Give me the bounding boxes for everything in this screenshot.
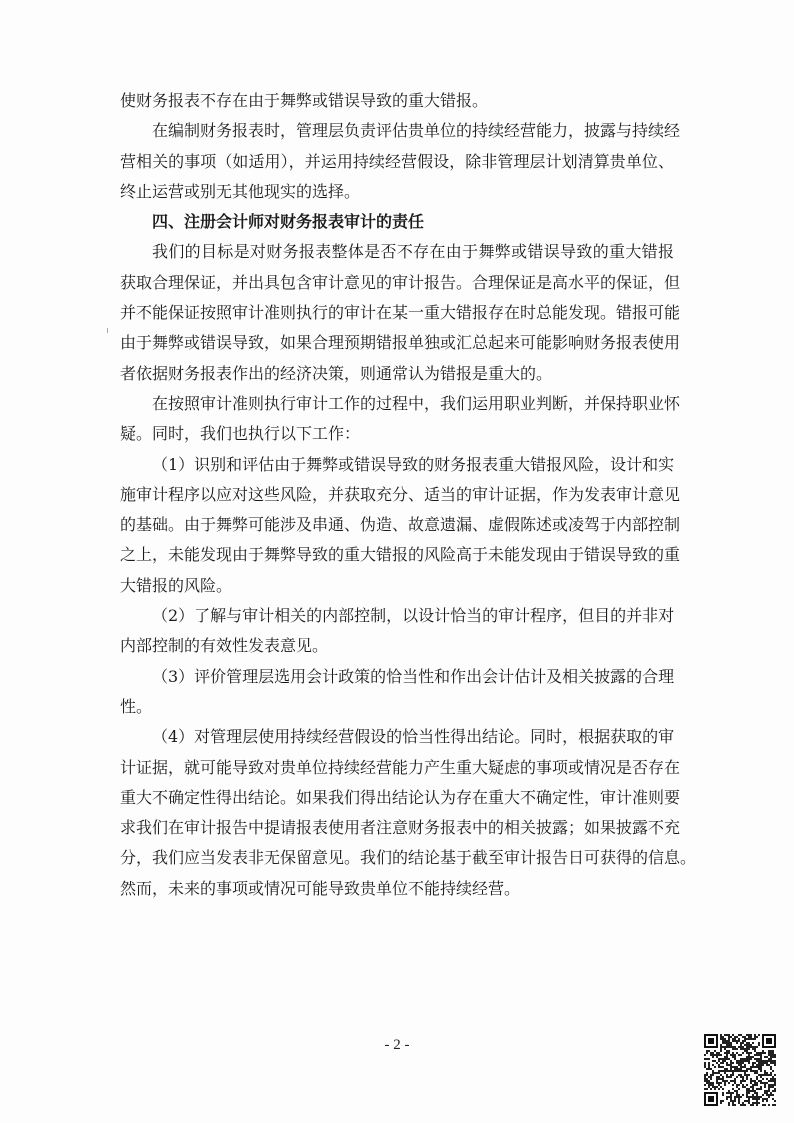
paragraph-line: 性。 [120,692,674,722]
paragraph-line: 的基础。由于舞弊可能涉及串通、伪造、故意遗漏、虚假陈述或凌驾于内部控制 [120,510,674,540]
paragraph-line: 计证据，就可能导致对贵单位持续经营能力产生重大疑虑的事项或情况是否存在 [120,753,674,783]
paragraph-line: 我们的目标是对财务报表整体是否不存在由于舞弊或错误导致的重大错报 [120,237,674,267]
paragraph-line: 疑。同时，我们也执行以下工作： [120,419,674,449]
paragraph-line: 大错报的风险。 [120,571,674,601]
paragraph-line: 分，我们应当发表非无保留意见。我们的结论基于截至审计报告日可获得的信息。 [120,843,674,873]
paragraph-line: 并不能保证按照审计准则执行的审计在某一重大错报存在时总能发现。错报可能 [120,298,674,328]
paragraph-line: 者依据财务报表作出的经济决策，则通常认为错报是重大的。 [120,359,674,389]
document-page: 使财务报表不存在由于舞弊或错误导致的重大错报。在编制财务报表时，管理层负责评估贵… [0,0,794,1123]
page-number: - 2 - [380,1037,414,1054]
paragraph-line: 内部控制的有效性发表意见。 [120,631,674,661]
paragraph-line: 然而，未来的事项或情况可能导致贵单位不能持续经营。 [120,874,674,904]
paragraph-line: 之上，未能发现由于舞弊导致的重大错报的风险高于未能发现由于错误导致的重 [120,540,674,570]
paragraph-line: （2）了解与审计相关的内部控制，以设计恰当的审计程序，但目的并非对 [120,601,674,631]
paragraph-line: 在按照审计准则执行审计工作的过程中，我们运用职业判断，并保持职业怀 [120,389,674,419]
paragraph-line: 在编制财务报表时，管理层负责评估贵单位的持续经营能力，披露与持续经 [120,116,674,146]
paragraph-line: 求我们在审计报告中提请报表使用者注意财务报表中的相关披露；如果披露不充 [120,813,674,843]
paragraph-line: 获取合理保证，并出具包含审计意见的审计报告。合理保证是高水平的保证，但 [120,268,674,298]
section-heading: 四、注册会计师对财务报表审计的责任 [120,207,674,237]
paragraph-line: （3）评价管理层选用会计政策的恰当性和作出会计估计及相关披露的合理 [120,662,674,692]
document-body: 使财务报表不存在由于舞弊或错误导致的重大错报。在编制财务报表时，管理层负责评估贵… [120,86,674,904]
paragraph-line: 终止运营或别无其他现实的选择。 [120,177,674,207]
paragraph-line: （1）识别和评估由于舞弊或错误导致的财务报表重大错报风险，设计和实 [120,450,674,480]
scan-margin-mark [107,328,108,333]
paragraph-line: 施审计程序以应对这些风险，并获取充分、适当的审计证据，作为发表审计意见 [120,480,674,510]
paragraph-line: 重大不确定性得出结论。如果我们得出结论认为存在重大不确定性，审计准则要 [120,783,674,813]
qr-code-icon [704,1034,776,1106]
paragraph-line: 由于舞弊或错误导致，如果合理预期错报单独或汇总起来可能影响财务报表使用 [120,328,674,358]
paragraph-line: （4）对管理层使用持续经营假设的恰当性得出结论。同时，根据获取的审 [120,722,674,752]
paragraph-line: 使财务报表不存在由于舞弊或错误导致的重大错报。 [120,86,674,116]
paragraph-line: 营相关的事项（如适用），并运用持续经营假设，除非管理层计划清算贵单位、 [120,147,674,177]
